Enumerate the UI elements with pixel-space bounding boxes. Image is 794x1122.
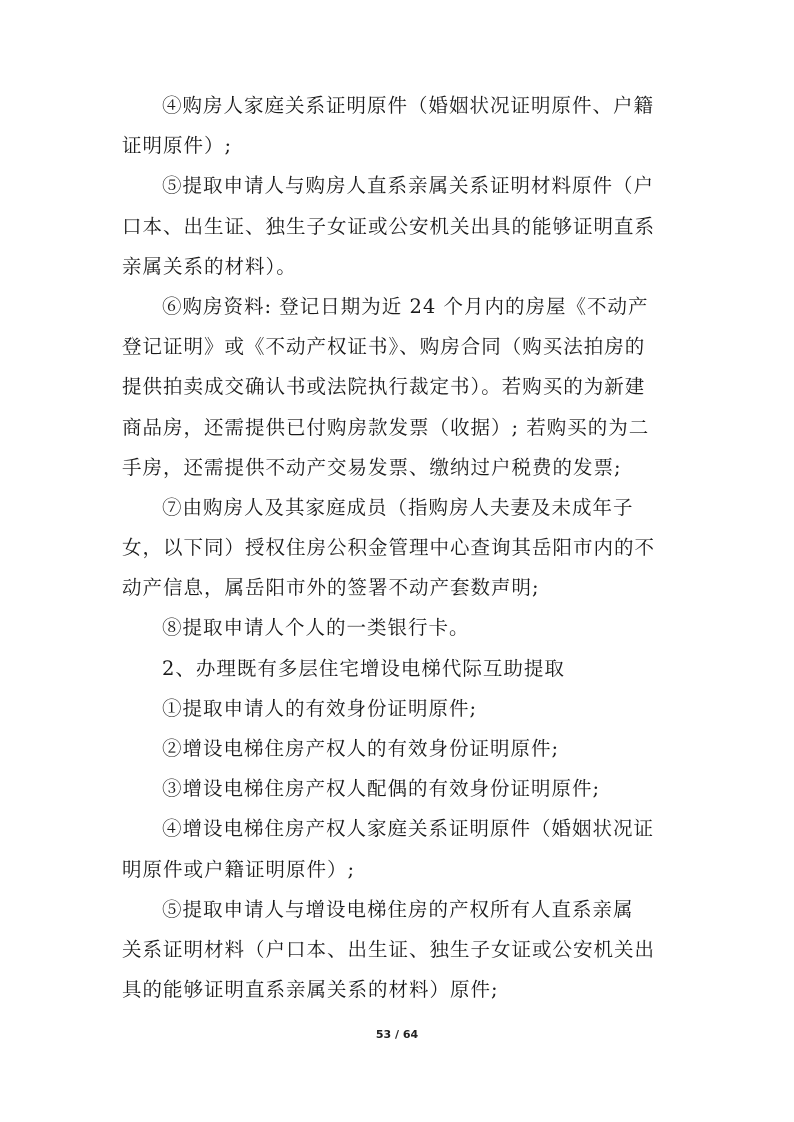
document-page: ④购房人家庭关系证明原件（婚姻状况证明原件、户籍 证明原件）; ⑤提取申请人与购… — [0, 0, 794, 1122]
text-line: ⑦由购房人及其家庭成员（指购房人夫妻及未成年子 — [122, 488, 682, 528]
text-line: ⑥购房资料: 登记日期为近 24 个月内的房屋《不动产 — [122, 287, 682, 327]
text-line: 关系证明材料（户口本、出生证、独生子女证或公安机关出 — [122, 930, 682, 970]
text-line: ④购房人家庭关系证明原件（婚姻状况证明原件、户籍 — [122, 86, 682, 126]
text-line: 商品房，还需提供已付购房款发票（收据）; 若购买的为二 — [122, 408, 682, 448]
text-line: 动产信息，属岳阳市外的签署不动产套数声明; — [122, 568, 682, 608]
text-line: 亲属关系的材料）。 — [122, 247, 682, 287]
text-line: 手房，还需提供不动产交易发票、缴纳过户税费的发票; — [122, 448, 682, 488]
text-line: ⑤提取申请人与增设电梯住房的产权所有人直系亲属 — [122, 890, 682, 930]
text-line: 女，以下同）授权住房公积金管理中心查询其岳阳市内的不 — [122, 528, 682, 568]
text-line: ①提取申请人的有效身份证明原件; — [122, 689, 682, 729]
text-line: 提供拍卖成交确认书或法院执行裁定书）。若购买的为新建 — [122, 367, 682, 407]
text-line: ⑤提取申请人与购房人直系亲属关系证明材料原件（户 — [122, 166, 682, 206]
text-line: ④增设电梯住房产权人家庭关系证明原件（婚姻状况证 — [122, 809, 682, 849]
section-heading: 2、办理既有多层住宅增设电梯代际互助提取 — [122, 649, 682, 689]
text-line: 具的能够证明直系亲属关系的材料）原件; — [122, 970, 682, 1010]
page-number: 53 / 64 — [0, 1028, 794, 1041]
text-line: 明原件或户籍证明原件）; — [122, 850, 682, 890]
text-line: ③增设电梯住房产权人配偶的有效身份证明原件; — [122, 769, 682, 809]
text-line: ⑧提取申请人个人的一类银行卡。 — [122, 608, 682, 648]
text-line: ②增设电梯住房产权人的有效身份证明原件; — [122, 729, 682, 769]
document-body: ④购房人家庭关系证明原件（婚姻状况证明原件、户籍 证明原件）; ⑤提取申请人与购… — [122, 86, 682, 1010]
text-line: 口本、出生证、独生子女证或公安机关出具的能够证明直系 — [122, 207, 682, 247]
text-line: 登记证明》或《不动产权证书》、购房合同（购买法拍房的 — [122, 327, 682, 367]
text-line: 证明原件）; — [122, 126, 682, 166]
